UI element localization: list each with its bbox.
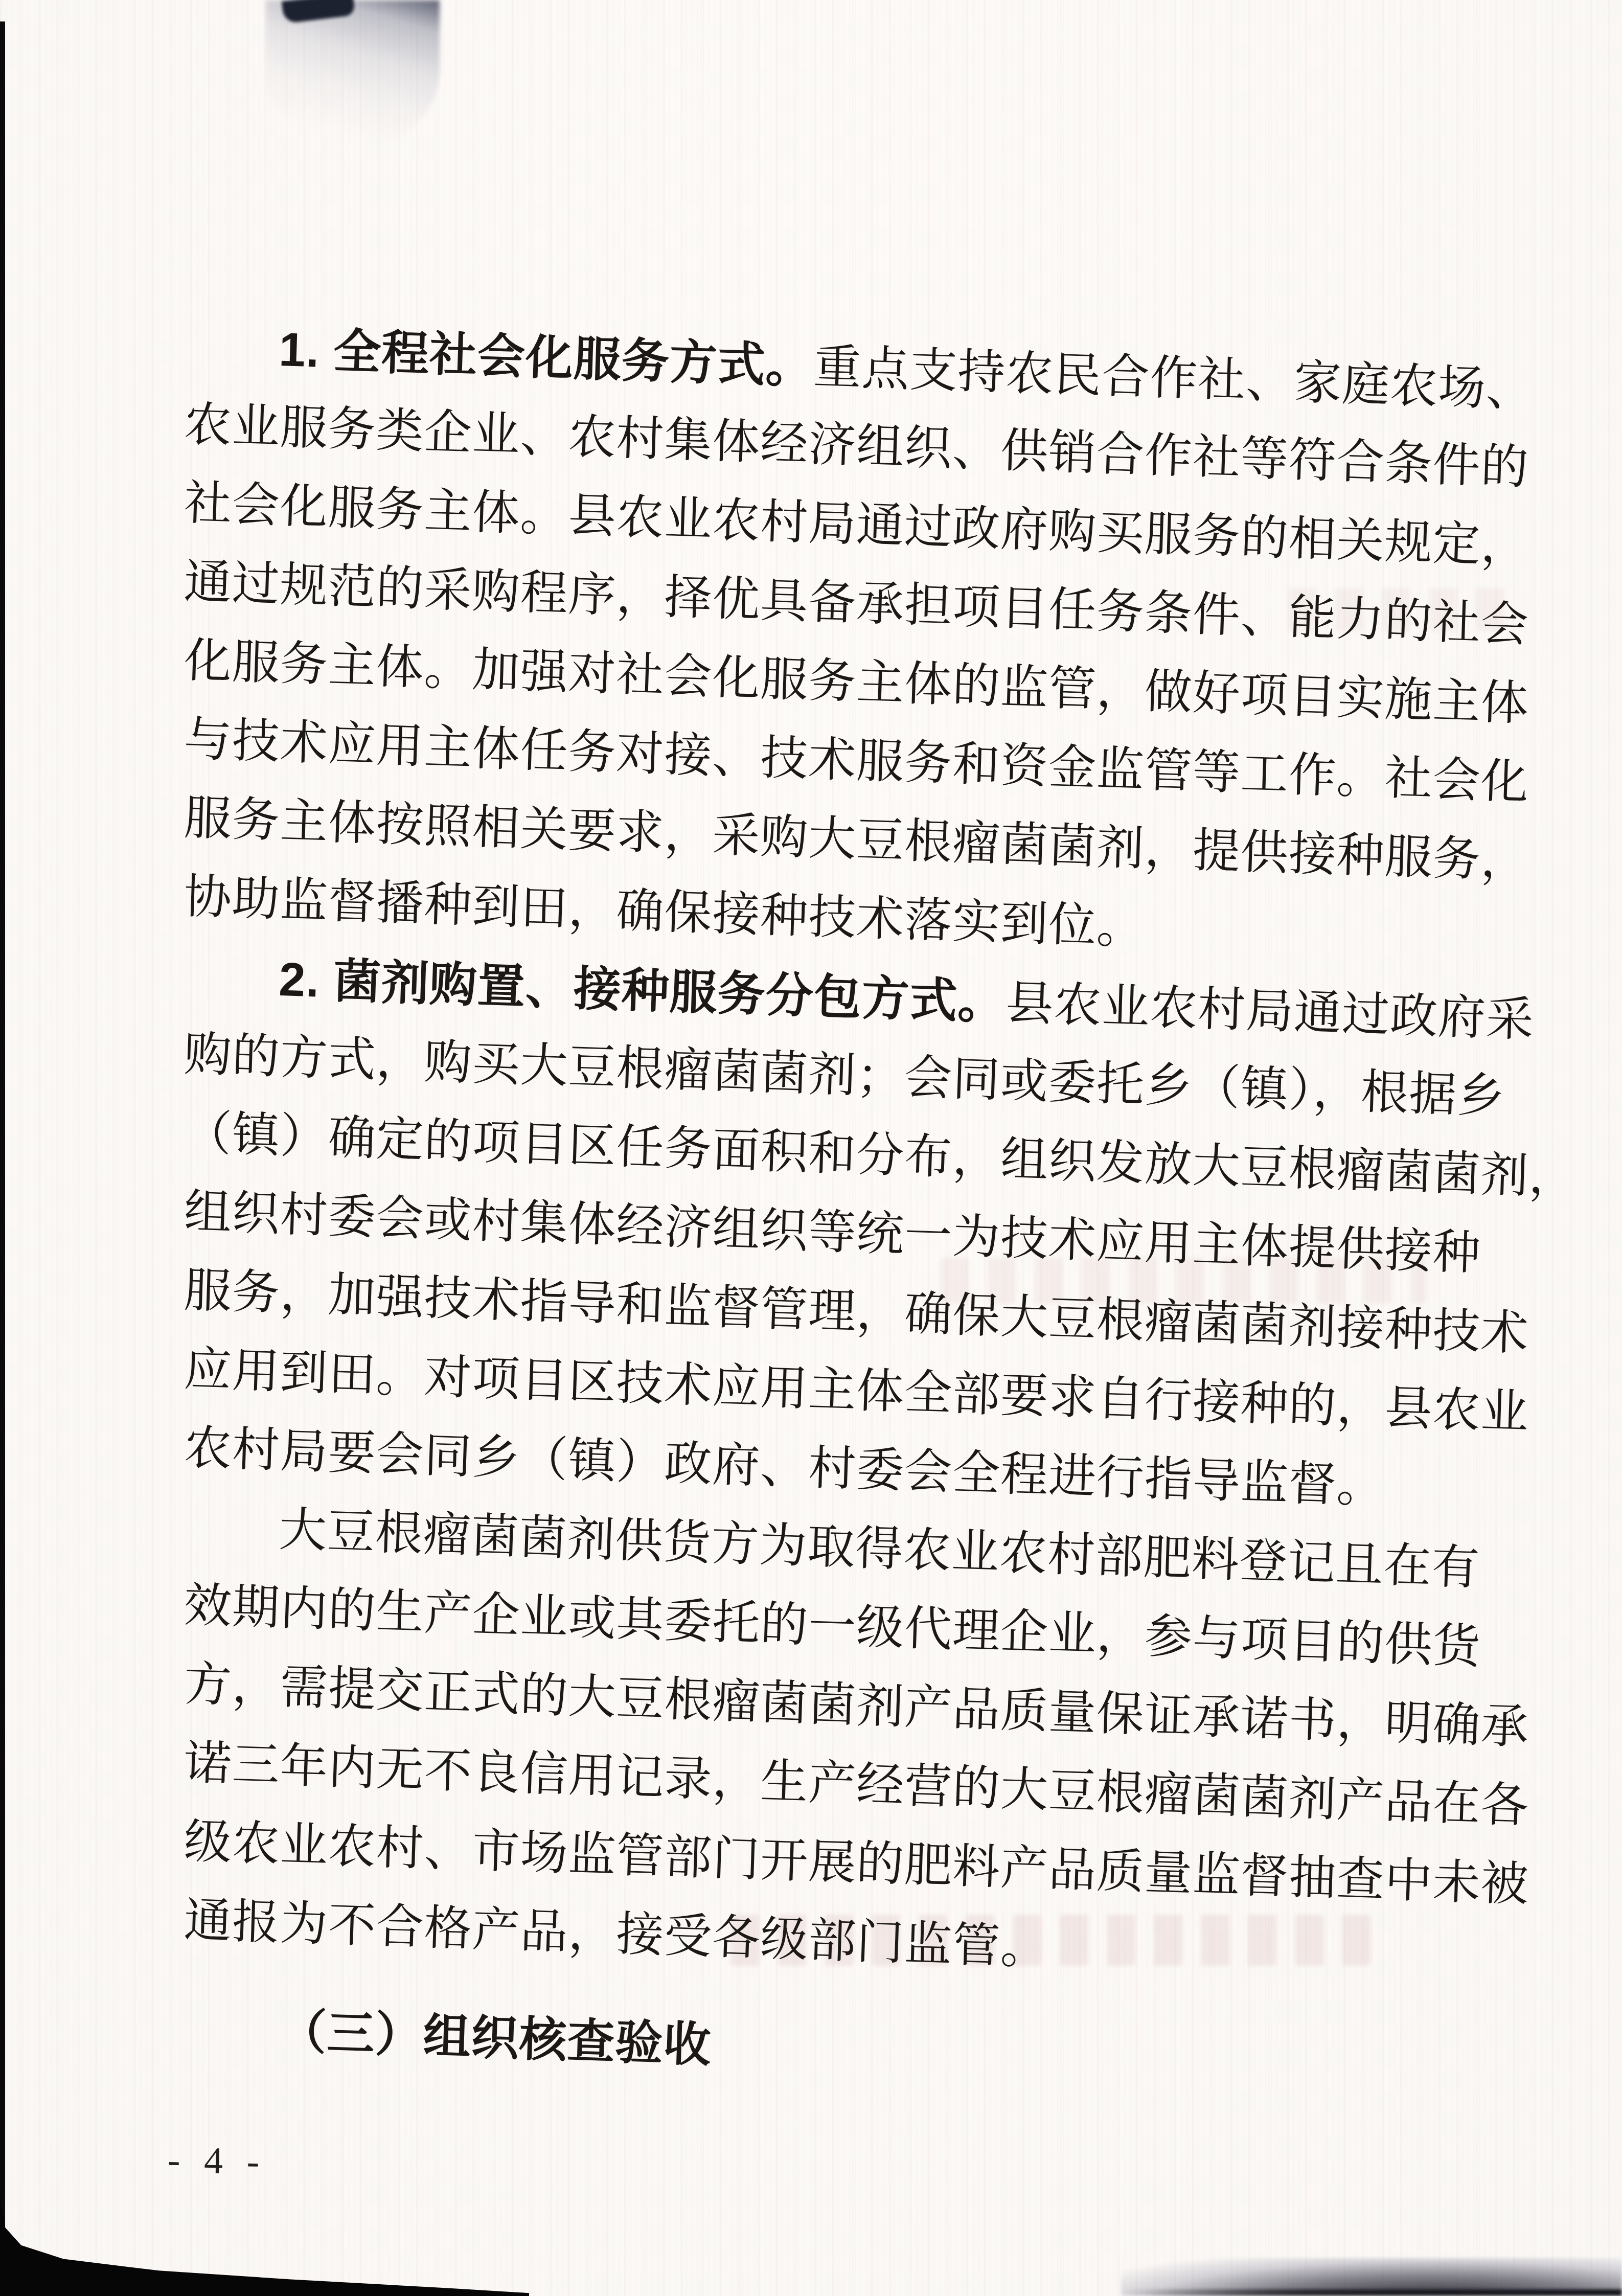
section-heading: （三）组织核查验收 bbox=[183, 1989, 1494, 2110]
scan-edge-artifact bbox=[0, 21, 5, 2296]
scan-smudge-artifact bbox=[1121, 2258, 1622, 2296]
text-run: 通报为不合格产品，接受各级部门监管。 bbox=[183, 1894, 1049, 1975]
text-run: 重点支持农民合作社、家庭农场、 bbox=[813, 341, 1535, 417]
text-run: 县农业农村局通过政府采 bbox=[1005, 977, 1535, 1047]
scanned-document-page: 1. 全程社会化服务方式。重点支持农民合作社、家庭农场、农业服务类企业、农村集体… bbox=[0, 0, 1622, 2296]
scan-smudge-artifact bbox=[266, 0, 440, 153]
document-text: 1. 全程社会化服务方式。重点支持农民合作社、家庭农场、农业服务类企业、农村集体… bbox=[184, 307, 1493, 2067]
page-number: - 4 - bbox=[167, 2139, 267, 2184]
bold-run: （三）组织核查验收 bbox=[278, 2005, 712, 2072]
bold-run: 2. 菌剂购置、接种服务分包方式。 bbox=[278, 952, 1007, 1029]
scan-corner-artifact bbox=[0, 2198, 529, 2296]
bold-run: 1. 全程社会化服务方式。 bbox=[278, 323, 814, 393]
